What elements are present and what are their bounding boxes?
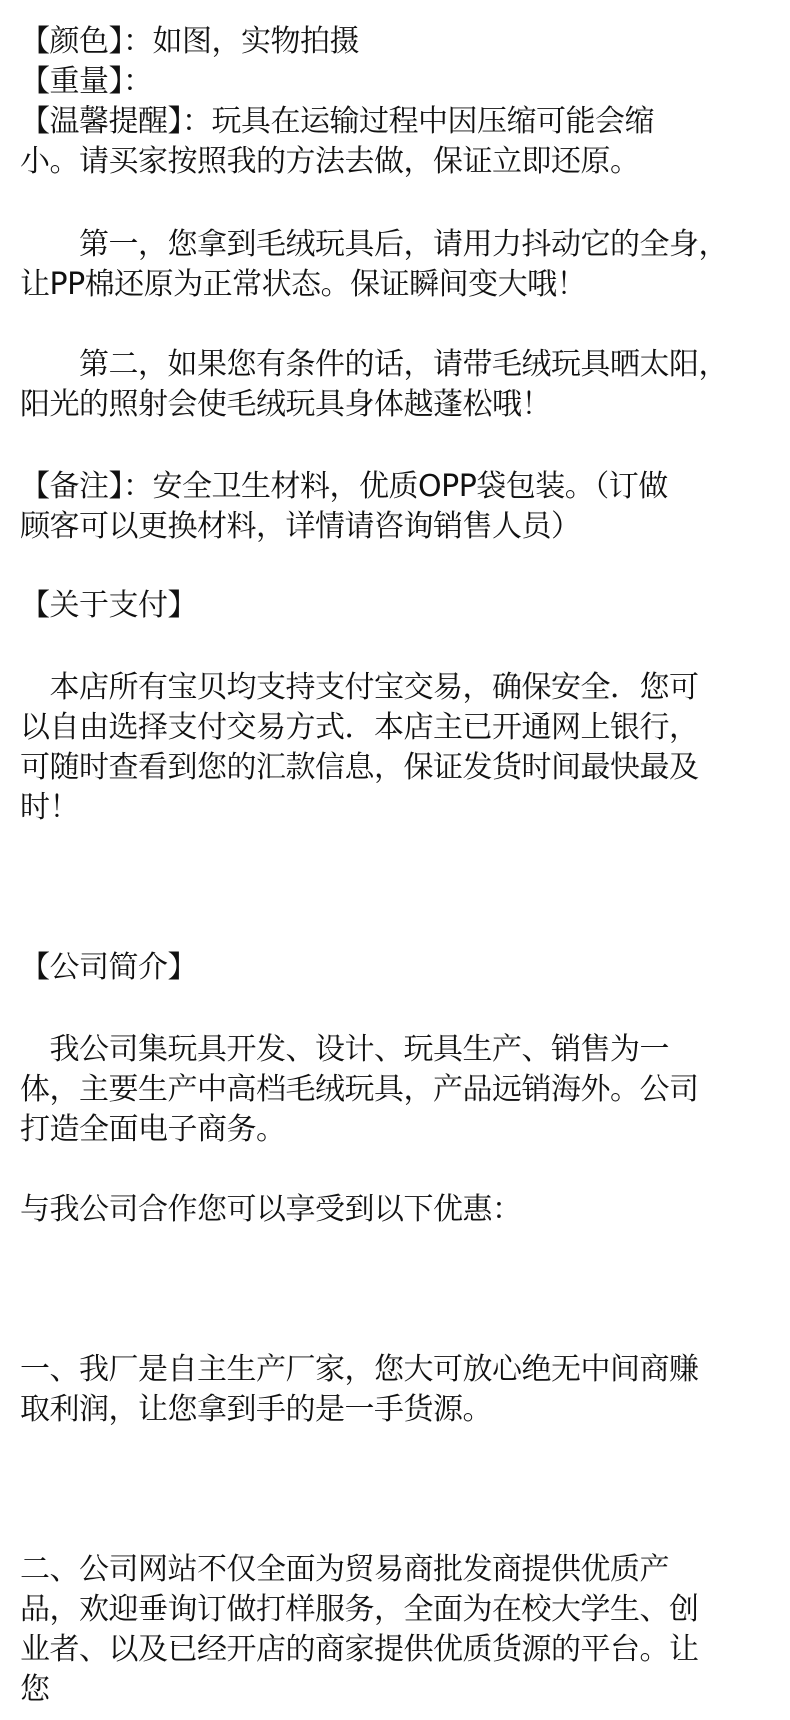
benefit-1-line-1: 一、我厂是自主生产厂家，您大可放心绝无中间商赚 [20, 1350, 699, 1390]
tip-first-line-2: 让PP棉还原为正常状态。保证瞬间变大哦！ [20, 265, 586, 305]
benefits-intro: 与我公司合作您可以享受到以下优惠： [20, 1190, 522, 1230]
benefit-2-line-2: 品，欢迎垂询订做打样服务，全面为在校大学生、创 [20, 1590, 699, 1630]
payment-line-4: 时！ [20, 788, 79, 828]
product-description-document: 【颜色】：如图，实物拍摄 【重量】： 【温馨提醒】：玩具在运输过程中因压缩可能会… [0, 0, 790, 1720]
benefit-1-line-2: 取利润，让您拿到手的是一手货源。 [20, 1390, 492, 1430]
payment-line-1: 本店所有宝贝均支持支付宝交易，确保安全．您可 [20, 668, 699, 708]
weight-line: 【重量】： [20, 62, 153, 102]
payment-heading: 【关于支付】 [20, 586, 197, 626]
color-line: 【颜色】：如图，实物拍摄 [20, 22, 359, 62]
company-line-1: 我公司集玩具开发、设计、玩具生产、销售为一 [20, 1030, 669, 1070]
company-heading: 【公司简介】 [20, 948, 197, 988]
reminder-line-2: 小。请买家按照我的方法去做，保证立即还原。 [20, 142, 640, 182]
reminder-line-1: 【温馨提醒】：玩具在运输过程中因压缩可能会缩 [20, 102, 654, 142]
benefit-2-line-4: 您 [20, 1670, 50, 1710]
tip-second-line-2: 阳光的照射会使毛绒玩具身体越蓬松哦！ [20, 385, 551, 425]
tip-second-line-1: 第二，如果您有条件的话，请带毛绒玩具晒太阳， [20, 345, 728, 385]
note-line-1: 【备注】：安全卫生材料，优质OPP袋包装。（订做 [20, 467, 668, 507]
payment-line-2: 以自由选择支付交易方式．本店主已开通网上银行， [20, 708, 699, 748]
company-line-3: 打造全面电子商务。 [20, 1110, 286, 1150]
note-line-2: 顾客可以更换材料，详情请咨询销售人员） [20, 507, 581, 547]
tip-first-line-1: 第一，您拿到毛绒玩具后，请用力抖动它的全身， [20, 225, 728, 265]
payment-line-3: 可随时查看到您的汇款信息，保证发货时间最快最及 [20, 748, 699, 788]
benefit-2-line-1: 二、公司网站不仅全面为贸易商批发商提供优质产 [20, 1550, 669, 1590]
benefit-2-line-3: 业者、以及已经开店的商家提供优质货源的平台。让 [20, 1630, 699, 1670]
company-line-2: 体，主要生产中高档毛绒玩具，产品远销海外。公司 [20, 1070, 699, 1110]
